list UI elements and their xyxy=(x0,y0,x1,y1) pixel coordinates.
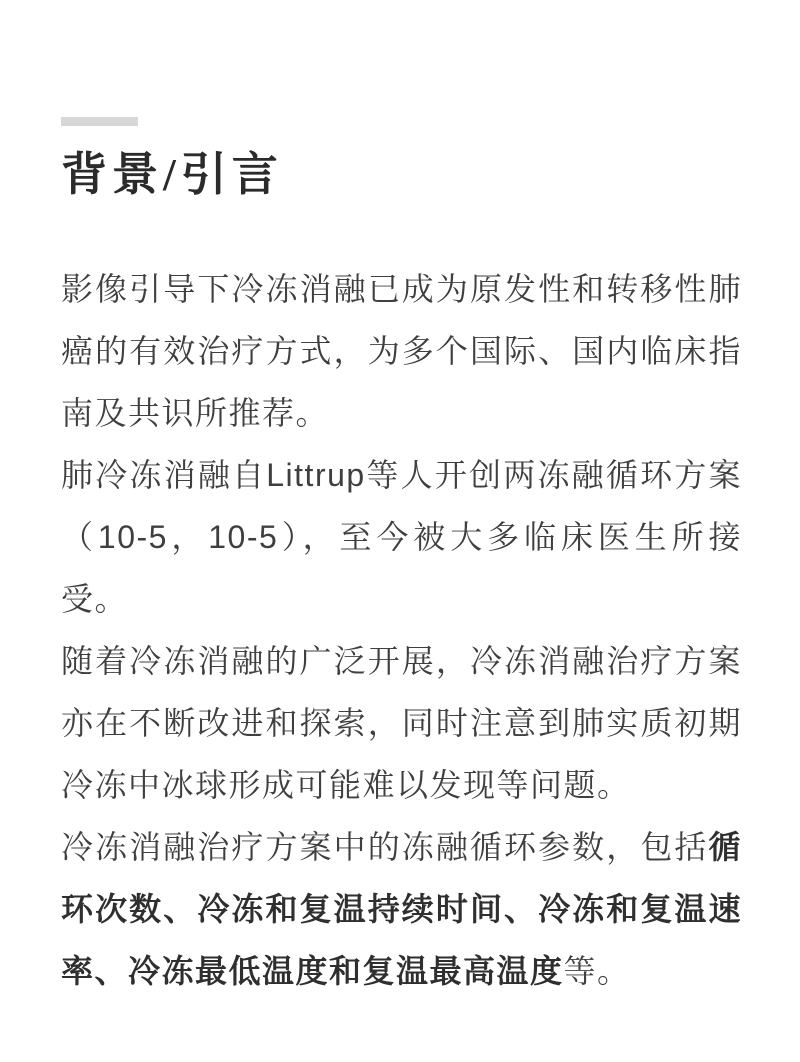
section-title: 背景/引言 xyxy=(61,152,742,198)
paragraph-2-text: 肺冷冻消融自Littrup等人开创两冻融循环方案（10-5，10-5），至今被大… xyxy=(61,457,742,617)
paragraph-3: 随着冷冻消融的广泛开展，冷冻消融治疗方案亦在不断改进和探索，同时注意到肺实质初期… xyxy=(61,630,742,816)
paragraph-1-text: 影像引导下冷冻消融已成为原发性和转移性肺癌的有效治疗方式，为多个国际、国内临床指… xyxy=(61,271,742,431)
paragraph-1: 影像引导下冷冻消融已成为原发性和转移性肺癌的有效治疗方式，为多个国际、国内临床指… xyxy=(61,258,742,444)
article-body: 影像引导下冷冻消融已成为原发性和转移性肺癌的有效治疗方式，为多个国际、国内临床指… xyxy=(61,258,742,1002)
section-accent-bar xyxy=(61,117,138,126)
paragraph-4-prefix: 冷冻消融治疗方案中的冻融循环参数，包括 xyxy=(61,829,708,865)
paragraph-4: 冷冻消融治疗方案中的冻融循环参数，包括循环次数、冷冻和复温持续时间、冷冻和复温速… xyxy=(61,816,742,1002)
article-page: 背景/引言 影像引导下冷冻消融已成为原发性和转移性肺癌的有效治疗方式，为多个国际… xyxy=(0,0,800,1062)
paragraph-3-text: 随着冷冻消融的广泛开展，冷冻消融治疗方案亦在不断改进和探索，同时注意到肺实质初期… xyxy=(61,643,742,803)
paragraph-2: 肺冷冻消融自Littrup等人开创两冻融循环方案（10-5，10-5），至今被大… xyxy=(61,444,742,630)
paragraph-4-suffix: 等。 xyxy=(564,953,631,989)
